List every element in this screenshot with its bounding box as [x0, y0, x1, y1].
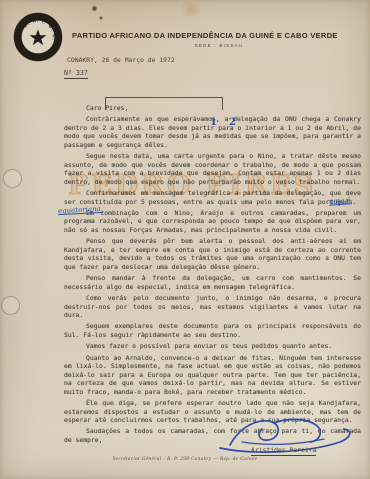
- ink-stain: [99, 16, 103, 20]
- paragraph: Quanto ao Arnaldo, convence-o a deixar d…: [64, 354, 361, 396]
- handwritten-margin-note: uma é: [329, 196, 351, 205]
- party-seat-line: SEDE : BISSAU: [72, 43, 366, 48]
- letter-page: P. A. I. G. C. PARTIDO AFRICANO DA INDEP…: [0, 0, 370, 479]
- handwritten-date-digit: 2: [229, 117, 237, 128]
- signatory-typed-name: Aristides Pereira: [251, 446, 316, 456]
- ink-stain: [92, 5, 97, 12]
- reference-number: Nº 337: [64, 69, 88, 79]
- date-line: CONAKRY, 26 de Março de 1972: [67, 56, 175, 64]
- salutation: Caro Pires,: [64, 104, 361, 112]
- paper-smudge: [178, 2, 204, 16]
- handwritten-date-digit: 1: [210, 117, 218, 128]
- punch-hole: [1, 296, 20, 315]
- paragraph: Penso mandar à frente da delegação, um c…: [64, 274, 361, 291]
- paragraph: Penso que deverás pôr bem alerta o pesso…: [64, 237, 361, 271]
- paigc-stamp-logo-icon: P. A. I. G. C.: [13, 12, 63, 62]
- letter-body: Caro Pires, Contràriamente ao que esperá…: [64, 104, 361, 447]
- punch-hole: [3, 169, 22, 188]
- paragraph: Confirmaremos em mensagem telegráfica a …: [64, 189, 361, 206]
- paragraph: Como verás pelo documento junto, o inimi…: [64, 294, 361, 319]
- paragraph: Segue nesta data, uma carta urgente para…: [64, 152, 361, 186]
- paragraph: Em combinação com o Nino, Araújo e outro…: [64, 209, 361, 234]
- footer-address: Secrétariat Général : B. P. 298 Conakry …: [0, 456, 370, 462]
- paragraph: Vamos fazer o possível para enviar os te…: [64, 342, 361, 350]
- paragraph: Seguem exemplares deste documento para o…: [64, 322, 361, 339]
- party-name-title: PARTIDO AFRICANO DA INDEPENDÊNCIA DA GUI…: [72, 31, 366, 40]
